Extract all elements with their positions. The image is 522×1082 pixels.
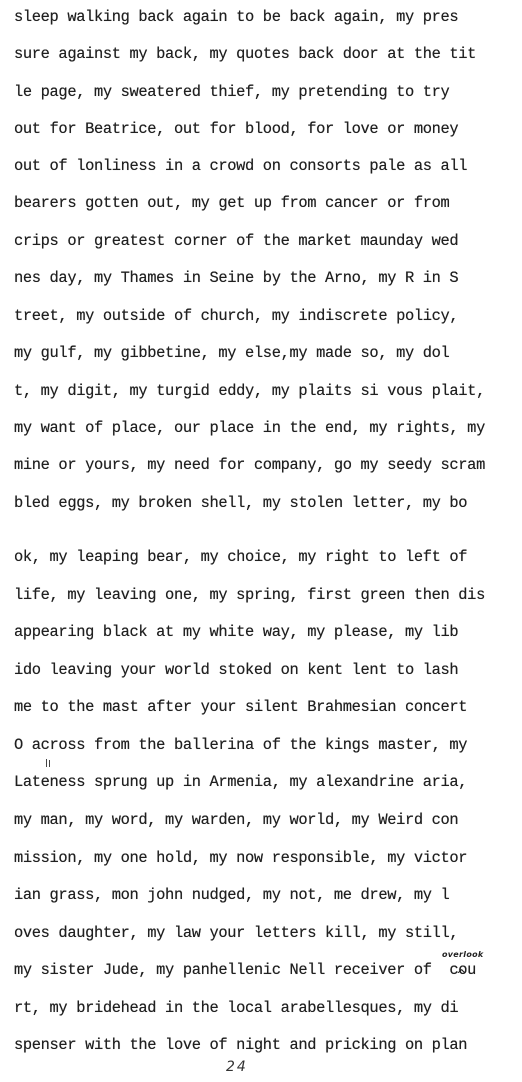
text-line: crips or greatest corner of the market m… xyxy=(14,232,458,250)
text-line: le page, my sweatered thief, my pretendi… xyxy=(14,83,449,101)
text-line: my man, my word, my warden, my world, my… xyxy=(14,811,458,829)
text-line: nes day, my Thames in Seine by the Arno,… xyxy=(14,269,458,287)
text-line: sleep walking back again to be back agai… xyxy=(14,8,458,26)
page-number: 24 xyxy=(226,1059,248,1075)
text-line: ian grass, mon john nudged, my not, me d… xyxy=(14,886,449,904)
stray-pen-mark xyxy=(46,759,47,767)
text-line: bled eggs, my broken shell, my stolen le… xyxy=(14,494,467,512)
text-line: O across from the ballerina of the kings… xyxy=(14,736,467,754)
text-line: ok, my leaping bear, my choice, my right… xyxy=(14,548,467,566)
text-line: spenser with the love of night and prick… xyxy=(14,1036,467,1054)
text-line: appearing black at my white way, my plea… xyxy=(14,623,458,641)
text-line: treet, my outside of church, my indiscre… xyxy=(14,307,458,325)
text-line: rt, my bridehead in the local arabellesq… xyxy=(14,999,458,1017)
text-line: mine or yours, my need for company, go m… xyxy=(14,456,485,474)
text-line: my want of place, our place in the end, … xyxy=(14,419,485,437)
text-line: mission, my one hold, my now responsible… xyxy=(14,849,467,867)
text-line: out for Beatrice, out for blood, for lov… xyxy=(14,120,458,138)
text-line: my gulf, my gibbetine, my else,my made s… xyxy=(14,344,449,362)
insertion-caret-mark: ^ xyxy=(456,968,467,983)
text-line: bearers gotten out, my get up from cance… xyxy=(14,194,449,212)
text-line: me to the mast after your silent Brahmes… xyxy=(14,698,467,716)
stray-pen-mark xyxy=(49,760,50,767)
text-line: life, my leaving one, my spring, first g… xyxy=(14,586,485,604)
handwritten-insertion: overlook xyxy=(442,950,484,959)
text-line: sure against my back, my quotes back doo… xyxy=(14,45,476,63)
text-line: t, my digit, my turgid eddy, my plaits s… xyxy=(14,382,485,400)
text-line: ido leaving your world stoked on kent le… xyxy=(14,661,458,679)
text-line: my sister Jude, my panhellenic Nell rece… xyxy=(14,961,476,979)
text-line: oves daughter, my law your letters kill,… xyxy=(14,924,458,942)
text-line: out of lonliness in a crowd on consorts … xyxy=(14,157,467,175)
typewritten-page: sleep walking back again to be back agai… xyxy=(0,0,522,1082)
text-line: Lateness sprung up in Armenia, my alexan… xyxy=(14,773,467,791)
